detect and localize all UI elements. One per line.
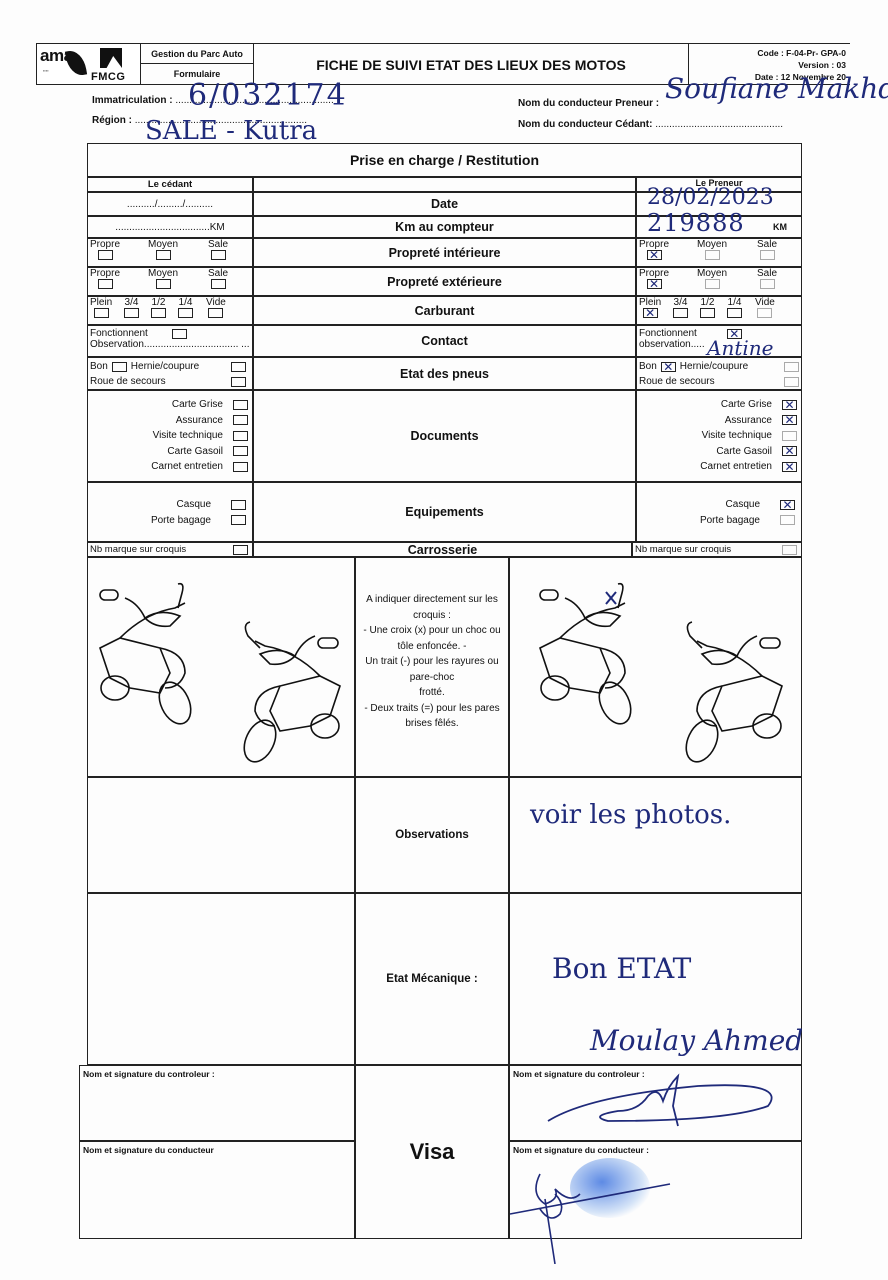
preneur-km-field[interactable]: 219888: [647, 209, 745, 237]
cedant-proprete-ext: Propre Moyen Sale: [87, 267, 253, 296]
option-propre[interactable]: Propre: [639, 269, 669, 290]
doc-item[interactable]: Assurance: [151, 413, 248, 429]
equip-item[interactable]: Casque: [700, 497, 795, 513]
controleur-signature-label: Nom et signature du controleur :: [83, 1069, 215, 1079]
option-moyen[interactable]: Moyen: [148, 240, 178, 261]
etat-mecanique-label: Etat Mécanique :: [355, 893, 509, 1065]
etat-mecanique-value: Bon ETAT: [552, 952, 691, 985]
checkbox-checked[interactable]: [643, 308, 658, 318]
instruction-line: - Deux traits (=) pour les pares: [359, 701, 505, 717]
observations-field[interactable]: voir les photos.: [509, 777, 802, 893]
option-1-4[interactable]: 1/4: [727, 298, 742, 319]
cedant-date-field[interactable]: ........../........./..........: [87, 192, 253, 216]
option-sale[interactable]: Sale: [757, 240, 777, 261]
conducteur-signature-right[interactable]: Nom et signature du conducteur :: [509, 1141, 802, 1239]
header-spacer: [253, 177, 636, 192]
cedant-contact: Fonctionnent Observation................…: [87, 325, 253, 357]
preneur-equipements: Casque Porte bagage: [636, 482, 802, 542]
checkbox[interactable]: [211, 279, 226, 289]
observations-blank: [87, 777, 355, 893]
checkbox[interactable]: [760, 279, 775, 289]
option-3-4[interactable]: 3/4: [673, 298, 688, 319]
checkbox[interactable]: [211, 250, 226, 260]
cedant-documents-list: Carte Grise Assurance Visite technique C…: [151, 397, 248, 475]
row-label-documents: Documents: [253, 390, 636, 482]
instruction-line: pare-choc: [359, 670, 505, 686]
checkbox[interactable]: [178, 308, 193, 318]
option-plein[interactable]: Plein: [639, 298, 661, 319]
checkbox[interactable]: [156, 250, 171, 260]
preneur-date-field[interactable]: 28/02/2023: [647, 185, 774, 210]
signature-icon: [500, 1154, 680, 1264]
preneur-sketch-area[interactable]: [509, 557, 802, 777]
equip-item[interactable]: Porte bagage: [700, 513, 795, 529]
row-label-km: Km au compteur: [253, 216, 636, 238]
checkbox-bon[interactable]: [112, 362, 127, 372]
doc-item[interactable]: Carnet entretien: [700, 459, 797, 475]
checkbox[interactable]: [700, 308, 715, 318]
checkbox-checked[interactable]: [647, 250, 662, 260]
immatriculation-field[interactable]: 6/032174: [188, 78, 348, 113]
cedant-pneus: BonHernie/coupure Roue de secours: [87, 357, 253, 390]
etat-mecanique-blank: [87, 893, 355, 1065]
scooter-sketch-icon: [530, 578, 660, 728]
row-label-proprete-ext: Propreté extérieure: [253, 267, 636, 296]
cedant-column-header: Le cédant: [87, 177, 253, 192]
section-title: Prise en charge / Restitution: [87, 143, 802, 177]
checkbox[interactable]: [673, 308, 688, 318]
region-field[interactable]: SALE - Kutra: [145, 116, 317, 146]
scooter-sketch-icon: [662, 616, 792, 766]
option-sale[interactable]: Sale: [208, 240, 228, 261]
checkbox-secours[interactable]: [784, 377, 799, 387]
preneur-pneus: BonHernie/coupure Roue de secours: [636, 357, 802, 390]
option-1-2[interactable]: 1/2: [151, 298, 166, 319]
instruction-line: Un trait (-) pour les rayures ou: [359, 654, 505, 670]
observations-label: Observations: [355, 777, 509, 893]
cedant-name-label: Nom du conducteur Cédant: ..............…: [518, 119, 783, 130]
company-logo: ama ▪▪▪▪ FMCG: [36, 43, 141, 85]
inspection-table: Prise en charge / Restitution Le cédant …: [87, 143, 802, 1239]
checkbox[interactable]: [757, 308, 772, 318]
fmcg-logo-text: FMCG: [91, 71, 125, 83]
cedant-proprete-int: Propre Moyen Sale: [87, 238, 253, 267]
equip-item[interactable]: Casque: [151, 497, 246, 513]
preneur-proprete-ext: Propre Moyen Sale: [636, 267, 802, 296]
checkbox[interactable]: [760, 250, 775, 260]
doc-item[interactable]: Carte Gasoil: [700, 444, 797, 460]
checkbox[interactable]: [782, 545, 797, 555]
cedant-equipements-list: Casque Porte bagage: [151, 497, 246, 528]
fmcg-mark-icon: [100, 48, 122, 68]
doc-item[interactable]: Visite technique: [151, 428, 248, 444]
option-vide[interactable]: Vide: [206, 298, 226, 319]
doc-item[interactable]: Carte Grise: [151, 397, 248, 413]
cedant-sketch-area[interactable]: [87, 557, 355, 777]
row-label-carrosserie: Carrosserie: [253, 542, 632, 557]
option-1-2[interactable]: 1/2: [700, 298, 715, 319]
preneur-documents: Carte Grise Assurance Visite technique C…: [636, 390, 802, 482]
scooter-sketch-icon: [220, 616, 350, 766]
instruction-line: brises fêlés.: [359, 716, 505, 732]
option-propre[interactable]: Propre: [90, 269, 120, 290]
controleur-signature-left[interactable]: Nom et signature du controleur :: [79, 1065, 355, 1141]
option-sale[interactable]: Sale: [757, 269, 777, 290]
row-label-carburant: Carburant: [253, 296, 636, 325]
option-moyen[interactable]: Moyen: [697, 269, 727, 290]
preneur-contact: Fonctionnent observation..... Antine: [636, 325, 802, 357]
sketch-instructions-text: A indiquer directement sur lescroquis :-…: [356, 592, 508, 732]
cedant-observation-field[interactable]: Observation.............................…: [90, 339, 250, 350]
row-label-equipements: Equipements: [253, 482, 636, 542]
checkbox[interactable]: [98, 250, 113, 260]
row-label-proprete-int: Propreté intérieure: [253, 238, 636, 267]
preneur-nb-marque: Nb marque sur croquis: [632, 542, 802, 557]
etat-mecanique-field[interactable]: Bon ETAT Moulay Ahmed: [509, 893, 802, 1065]
checkbox[interactable]: [705, 279, 720, 289]
cedant-documents: Carte Grise Assurance Visite technique C…: [87, 390, 253, 482]
preneur-name-field[interactable]: Soufiane Makhd: [665, 72, 888, 105]
preneur-equipements-list: Casque Porte bagage: [700, 497, 795, 528]
damage-mark-icon: [606, 592, 616, 604]
conducteur-signature-left[interactable]: Nom et signature du conducteur: [79, 1141, 355, 1239]
instruction-line: A indiquer directement sur les: [359, 592, 505, 608]
instruction-line: - Une croix (x) pour un choc ou: [359, 623, 505, 639]
instruction-line: tôle enfoncée. -: [359, 639, 505, 655]
option-1-4[interactable]: 1/4: [178, 298, 193, 319]
controleur-signature-right[interactable]: Nom et signature du controleur :: [509, 1065, 802, 1141]
preneur-name-label: Nom du conducteur Preneur :: [518, 98, 659, 109]
preneur-km-cell: 219888 KM: [636, 216, 802, 238]
department-label: Gestion du Parc Auto: [141, 44, 253, 64]
checkbox[interactable]: [172, 329, 187, 339]
km-unit: KM: [773, 222, 787, 232]
checkbox[interactable]: [208, 308, 223, 318]
checkbox[interactable]: [705, 250, 720, 260]
doc-code: Code : F-04-Pr- GPA-0: [689, 47, 846, 59]
checkbox-checked[interactable]: [647, 279, 662, 289]
checkbox[interactable]: [94, 308, 109, 318]
doc-item[interactable]: Visite technique: [700, 428, 797, 444]
cedant-carburant: Plein 3/4 1/2 1/4 Vide: [87, 296, 253, 325]
mechanic-signature-text: Moulay Ahmed: [590, 1024, 803, 1057]
checkbox-hernie[interactable]: [784, 362, 799, 372]
option-vide[interactable]: Vide: [755, 298, 775, 319]
cedant-km-field[interactable]: ..................................KM: [87, 216, 253, 238]
instruction-line: croquis :: [359, 608, 505, 624]
doc-item[interactable]: Carnet entretien: [151, 459, 248, 475]
conducteur-signature-label: Nom et signature du conducteur: [83, 1145, 214, 1155]
doc-item[interactable]: Carte Gasoil: [151, 444, 248, 460]
option-propre[interactable]: Propre: [639, 240, 669, 261]
checkbox[interactable]: [124, 308, 139, 318]
checkbox-bon-checked[interactable]: [661, 362, 676, 372]
leaf-icon: [65, 49, 87, 78]
preneur-documents-list: Carte Grise Assurance Visite technique C…: [700, 397, 797, 475]
equip-item[interactable]: Porte bagage: [151, 513, 246, 529]
preneur-carburant: Plein 3/4 1/2 1/4 Vide: [636, 296, 802, 325]
option-moyen[interactable]: Moyen: [697, 240, 727, 261]
preneur-proprete-int: Propre Moyen Sale: [636, 238, 802, 267]
row-label-pneus: Etat des pneus: [253, 357, 636, 390]
checkbox-hernie[interactable]: [231, 362, 246, 372]
checkbox[interactable]: [156, 279, 171, 289]
scooter-sketch-icon: [90, 578, 220, 728]
row-label-date: Date: [253, 192, 636, 216]
option-plein[interactable]: Plein: [90, 298, 112, 319]
checkbox[interactable]: [727, 308, 742, 318]
cedant-nb-marque: Nb marque sur croquis: [87, 542, 253, 557]
checkbox[interactable]: [151, 308, 166, 318]
doc-item[interactable]: Carte Grise: [700, 397, 797, 413]
checkbox-secours[interactable]: [231, 377, 246, 387]
sketch-instructions: A indiquer directement sur lescroquis :-…: [355, 557, 509, 777]
logo-tagline: ▪▪▪▪: [43, 68, 49, 73]
option-propre[interactable]: Propre: [90, 240, 120, 261]
signature-icon: [528, 1066, 788, 1136]
checkbox[interactable]: [233, 545, 248, 555]
option-sale[interactable]: Sale: [208, 269, 228, 290]
checkbox[interactable]: [98, 279, 113, 289]
visa-label: Visa: [355, 1065, 509, 1239]
doc-version: Version : 03: [689, 59, 846, 71]
row-label-contact: Contact: [253, 325, 636, 357]
option-3-4[interactable]: 3/4: [124, 298, 139, 319]
fonctionnent-option[interactable]: Fonctionnent: [90, 328, 250, 339]
doc-item[interactable]: Assurance: [700, 413, 797, 429]
instruction-line: frotté.: [359, 685, 505, 701]
cedant-equipements: Casque Porte bagage: [87, 482, 253, 542]
option-moyen[interactable]: Moyen: [148, 269, 178, 290]
observations-value: voir les photos.: [530, 800, 731, 830]
